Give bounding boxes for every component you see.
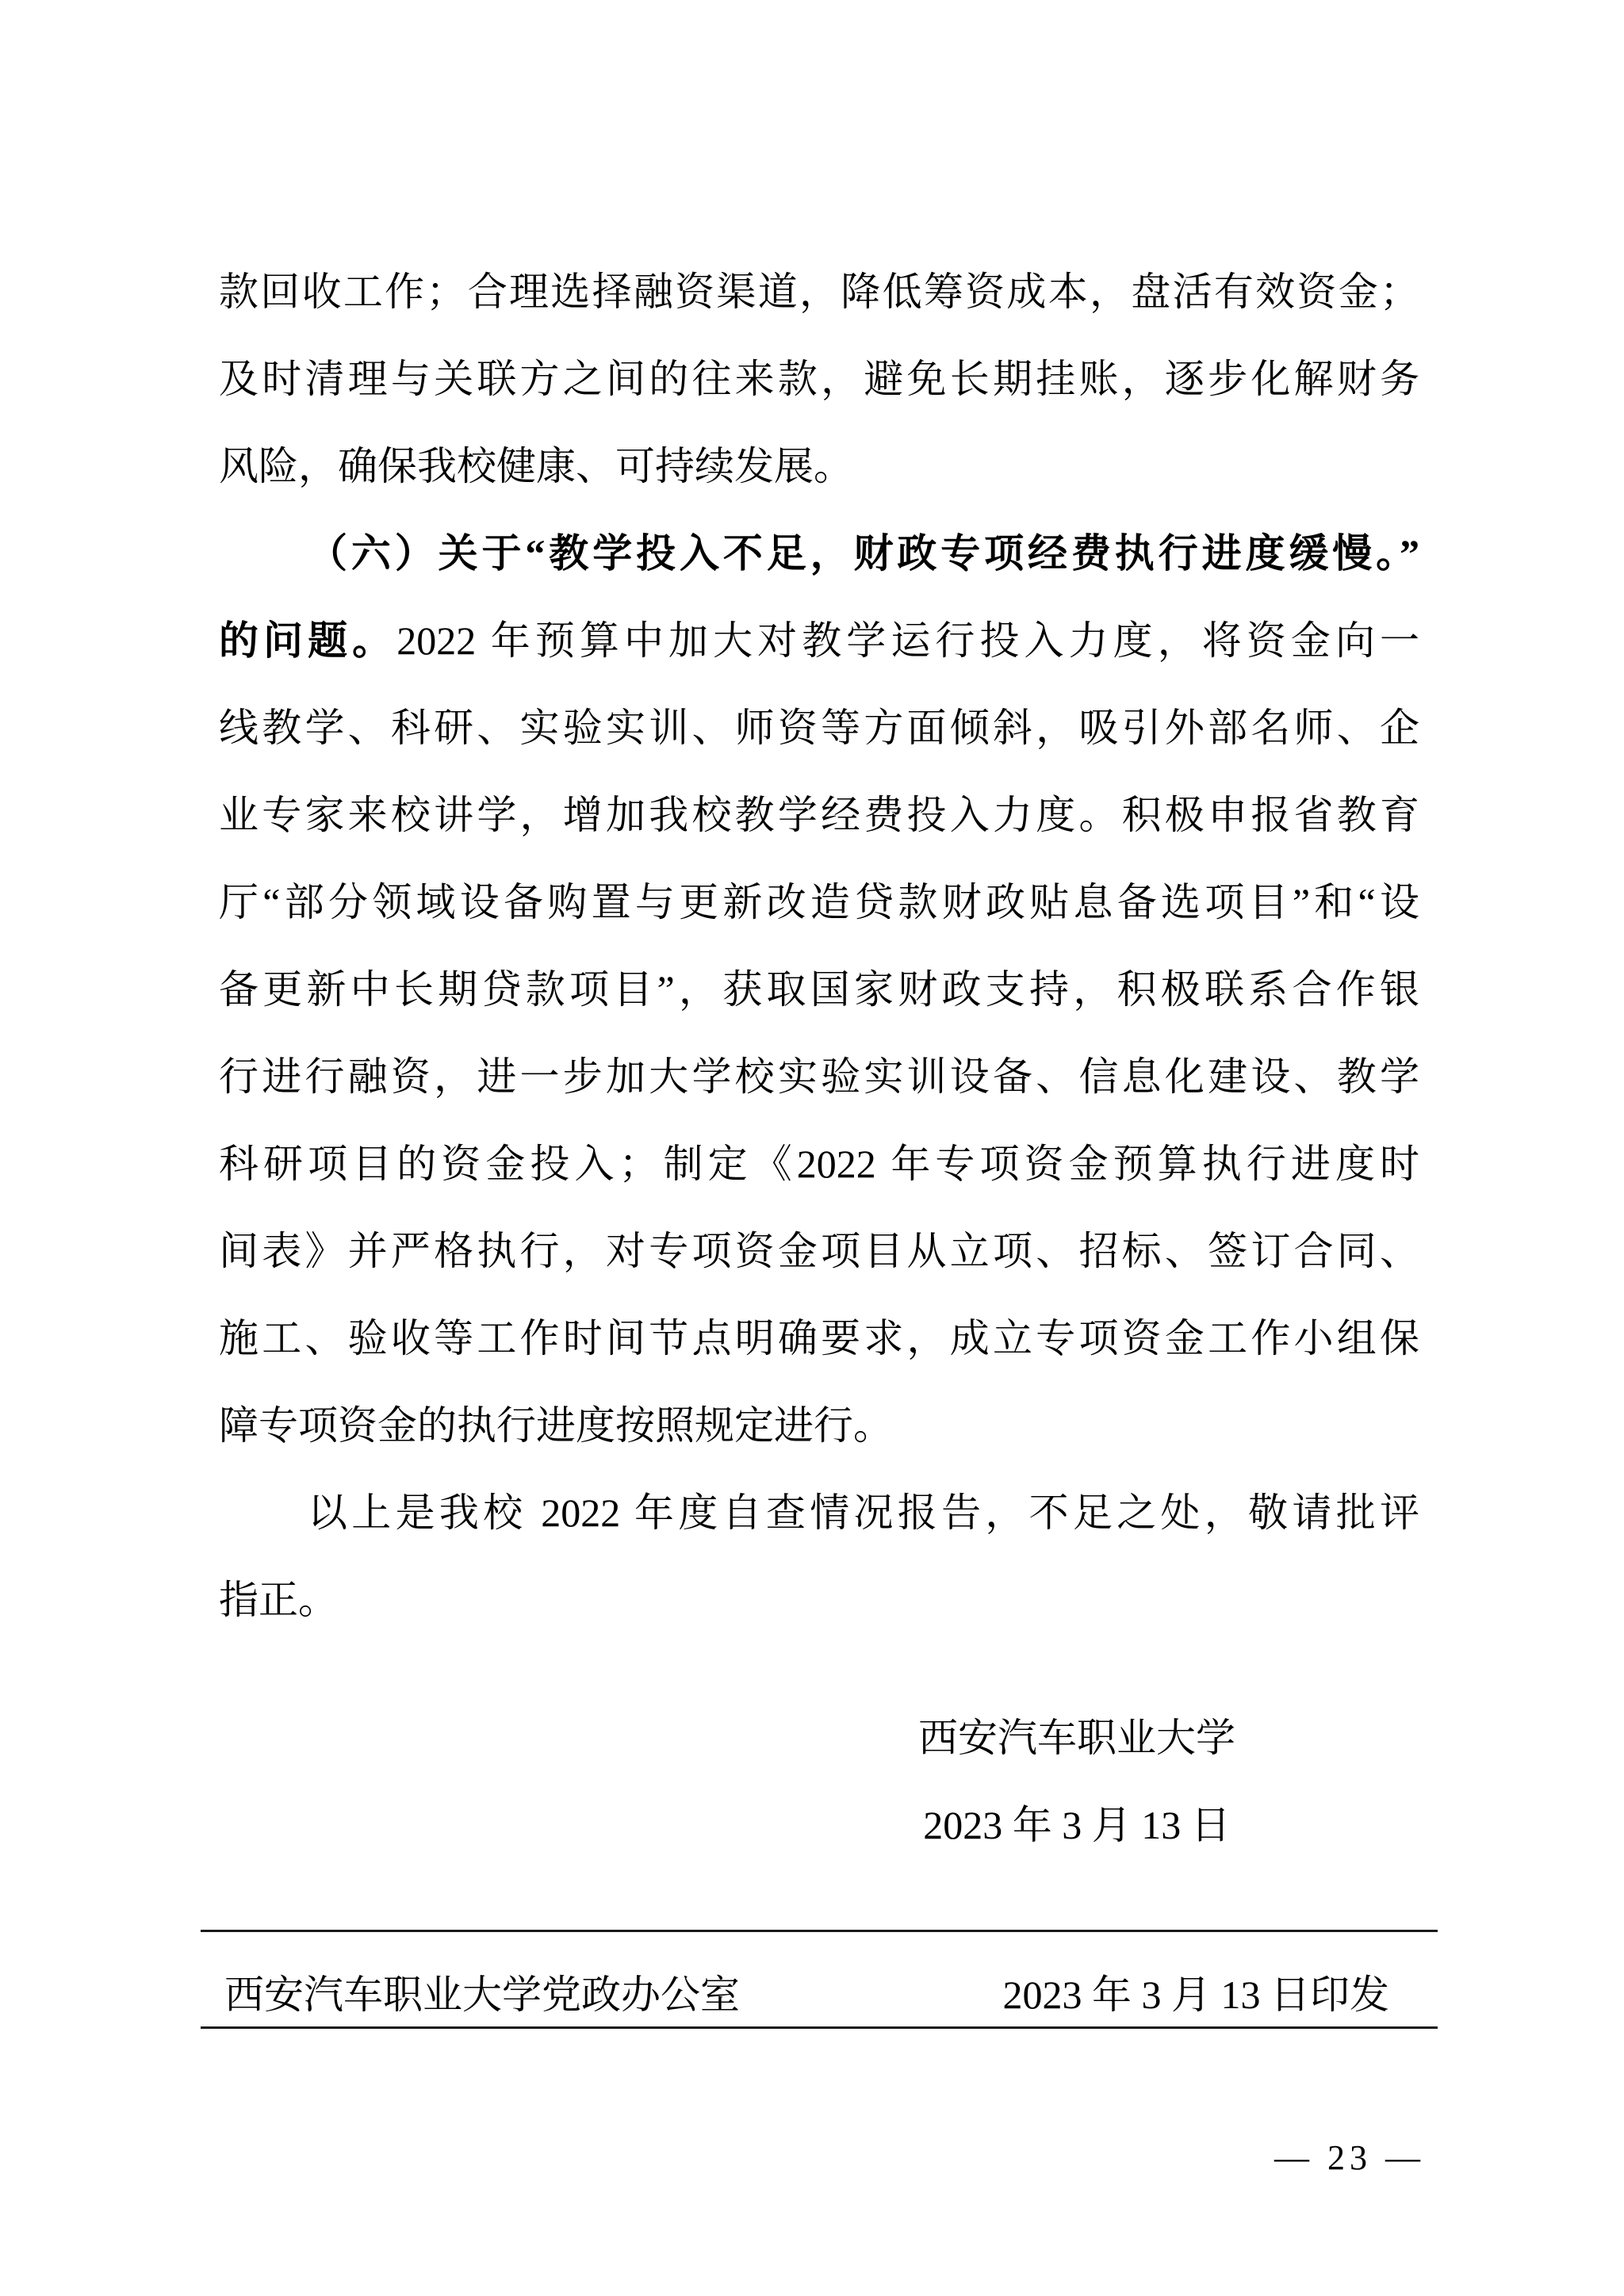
body-line-segment: 障专项资金的执行进度按照规定进行。	[219, 1403, 893, 1448]
body-line: 的问题。2022 年预算中加大对教学运行投入力度，将资金向一	[219, 597, 1419, 684]
footer-rule-bottom	[201, 2026, 1438, 2029]
footer-issuer: 西安汽车职业大学党政办公室	[224, 1973, 740, 2016]
footer-rule-top	[201, 1930, 1438, 1932]
signature-date: 2023 年 3 月 13 日	[918, 1781, 1235, 1869]
body-line: 业专家来校讲学，增加我校教学经费投入力度。积极申报省教育	[219, 771, 1419, 859]
body-line-segment: 备更新中长期贷款项目”，获取国家财政支持，积极联系合作银	[219, 967, 1419, 1012]
body-line: 以上是我校 2022 年度自查情况报告，不足之处，敬请批评	[219, 1469, 1419, 1556]
body-line: （六）关于“教学投入不足，财政专项经费执行进度缓慢。”	[219, 510, 1419, 597]
signature-block: 西安汽车职业大学 2023 年 3 月 13 日	[918, 1694, 1235, 1869]
body-line: 及时清理与关联方之间的往来款，避免长期挂账，逐步化解财务	[219, 335, 1419, 423]
body-line: 科研项目的资金投入；制定《2022 年专项资金预算执行进度时	[219, 1120, 1419, 1207]
body-line: 厅“部分领域设备购置与更新改造贷款财政贴息备选项目”和“设	[219, 859, 1419, 946]
body-text: 款回收工作；合理选择融资渠道，降低筹资成本，盘活有效资金；及时清理与关联方之间的…	[219, 248, 1419, 1644]
signature-org: 西安汽车职业大学	[918, 1694, 1235, 1781]
body-line-segment: 间表》并严格执行，对专项资金项目从立项、招标、签订合同、	[219, 1229, 1419, 1273]
body-line: 障专项资金的执行进度按照规定进行。	[219, 1382, 1419, 1469]
body-line-segment-bold: （六）关于“教学投入不足，财政专项经费执行进度缓慢。”	[308, 531, 1419, 576]
body-line-segment: 以上是我校 2022 年度自查情况报告，不足之处，敬请批评	[308, 1490, 1419, 1535]
body-line: 款回收工作；合理选择融资渠道，降低筹资成本，盘活有效资金；	[219, 248, 1419, 335]
document-page: 款回收工作；合理选择融资渠道，降低筹资成本，盘活有效资金；及时清理与关联方之间的…	[0, 0, 1624, 2296]
body-line: 行进行融资，进一步加大学校实验实训设备、信息化建设、教学	[219, 1033, 1419, 1120]
body-line-segment: 科研项目的资金投入；制定《2022 年专项资金预算执行进度时	[219, 1142, 1419, 1186]
body-line-segment: 及时清理与关联方之间的往来款，避免长期挂账，逐步化解财务	[219, 357, 1419, 401]
body-line-segment: 2022 年预算中加大对教学运行投入力度，将资金向一	[396, 618, 1419, 663]
body-line-segment: 指正。	[219, 1578, 338, 1622]
body-line: 间表》并严格执行，对专项资金项目从立项、招标、签订合同、	[219, 1207, 1419, 1295]
body-line-segment: 款回收工作；合理选择融资渠道，降低筹资成本，盘活有效资金；	[219, 270, 1419, 314]
footer-print-date: 2023 年 3 月 13 日印发	[1003, 1973, 1390, 2016]
body-line-segment: 业专家来校讲学，增加我校教学经费投入力度。积极申报省教育	[219, 793, 1419, 837]
body-line: 指正。	[219, 1556, 1419, 1644]
body-line: 线教学、科研、实验实训、师资等方面倾斜，吸引外部名师、企	[219, 684, 1419, 771]
body-line: 备更新中长期贷款项目”，获取国家财政支持，积极联系合作银	[219, 946, 1419, 1033]
body-line-segment-bold: 的问题。	[219, 618, 396, 663]
body-line: 风险，确保我校健康、可持续发展。	[219, 423, 1419, 510]
page-number: — 23 —	[1274, 2137, 1425, 2179]
body-line-segment: 行进行融资，进一步加大学校实验实训设备、信息化建设、教学	[219, 1054, 1419, 1099]
body-line-segment: 厅“部分领域设备购置与更新改造贷款财政贴息备选项目”和“设	[219, 880, 1419, 924]
body-line: 施工、验收等工作时间节点明确要求，成立专项资金工作小组保	[219, 1295, 1419, 1382]
body-line-segment: 线教学、科研、实验实训、师资等方面倾斜，吸引外部名师、企	[219, 706, 1419, 750]
body-line-segment: 施工、验收等工作时间节点明确要求，成立专项资金工作小组保	[219, 1316, 1419, 1360]
body-line-segment: 风险，确保我校健康、可持续发展。	[219, 444, 853, 488]
